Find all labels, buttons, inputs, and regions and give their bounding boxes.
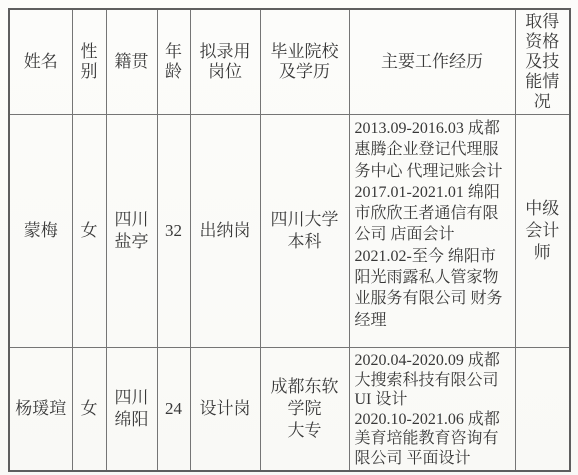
cell-education: 成都东软学院 大专	[260, 348, 349, 472]
cell-age: 24	[157, 348, 190, 472]
header-cell-native-place: 籍贯	[106, 9, 157, 115]
candidates-table: 姓名 性别 籍贯 年龄 拟录用岗位 毕业院校及学历 主要工作经历 取得资格及技能…	[8, 8, 571, 472]
cell-age: 32	[157, 115, 190, 348]
table-row: 杨瑗瑄 女 四川绵阳 24 设计岗 成都东软学院 大专 2020.04-2020…	[9, 348, 570, 472]
cell-name: 杨瑗瑄	[9, 348, 72, 472]
experience-entry: 2013.09-2016.03 成都惠腾企业登记代理服务中心 代理记账会计	[355, 118, 511, 182]
header-cell-name: 姓名	[9, 9, 72, 115]
header-cell-qualification: 取得资格及技能情况	[515, 9, 570, 115]
header-cell-experience: 主要工作经历	[349, 9, 515, 115]
header-cell-education: 毕业院校及学历	[260, 9, 349, 115]
cell-education: 四川大学 本科	[260, 115, 349, 348]
cell-position: 出纳岗	[190, 115, 260, 348]
cell-native-place: 四川绵阳	[106, 348, 157, 472]
experience-entry: 2017.01-2021.01 绵阳市欣欣王者通信有限公司 店面会计	[355, 182, 511, 246]
cell-position: 设计岗	[190, 348, 260, 472]
table-header-row: 姓名 性别 籍贯 年龄 拟录用岗位 毕业院校及学历 主要工作经历 取得资格及技能…	[9, 9, 570, 115]
cell-experience: 2020.04-2020.09 成都大搜索科技有限公司 UI 设计 2020.1…	[349, 348, 515, 472]
cell-experience: 2013.09-2016.03 成都惠腾企业登记代理服务中心 代理记账会计 20…	[349, 115, 515, 348]
experience-entry: 2020.04-2020.09 成都大搜索科技有限公司 UI 设计	[355, 351, 511, 410]
scanned-document-page: 姓名 性别 籍贯 年龄 拟录用岗位 毕业院校及学历 主要工作经历 取得资格及技能…	[0, 0, 578, 475]
cell-gender: 女	[72, 115, 106, 348]
header-cell-gender: 性别	[72, 9, 106, 115]
cell-name: 蒙梅	[9, 115, 72, 348]
cell-gender: 女	[72, 348, 106, 472]
experience-entry: 2020.10-2021.06 成都美育培能教育咨询有限公司 平面设计	[355, 410, 511, 469]
cell-qualification: 中级会计师	[515, 115, 570, 348]
header-cell-position: 拟录用岗位	[190, 9, 260, 115]
cell-native-place: 四川盐亭	[106, 115, 157, 348]
table-row: 蒙梅 女 四川盐亭 32 出纳岗 四川大学 本科 2013.09-2016.03…	[9, 115, 570, 348]
cell-qualification	[515, 348, 570, 472]
experience-entry: 2021.02-至今 绵阳市阳光雨露私人管家物业服务有限公司 财务经理	[355, 246, 511, 331]
header-cell-age: 年龄	[157, 9, 190, 115]
